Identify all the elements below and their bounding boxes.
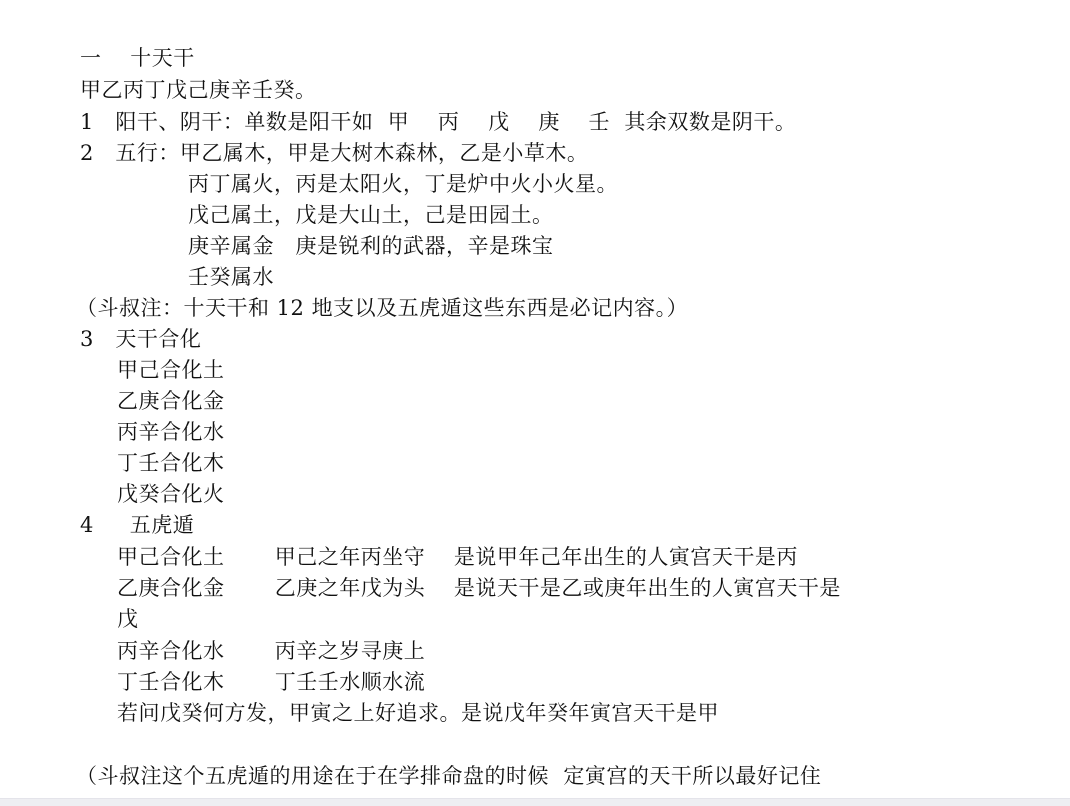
note-memorize: （斗叔注：十天干和 12 地支以及五虎遁这些东西是必记内容。） <box>76 294 688 322</box>
combination-jia-ji: 甲己合化土 <box>117 356 225 384</box>
combination-wu-gui: 戊癸合化火 <box>117 480 225 508</box>
combination-bing-xin: 丙辛合化水 <box>117 418 225 446</box>
combination-ding-ren: 丁壬合化木 <box>117 449 225 477</box>
document-page: 一 十天干 甲乙丙丁戊己庚辛壬癸。 1 阳干、阴干：单数是阳干如 甲 丙 戊 庚… <box>0 0 1070 798</box>
five-tigers-yi-geng-cont: 戊 <box>117 605 139 633</box>
five-tigers-yi-geng: 乙庚合化金 乙庚之年戊为头 是说天干是乙或庚年出生的人寅宫天干是 <box>117 574 841 602</box>
element-water: 壬癸属水 <box>188 263 274 291</box>
section-heading-ten-stems: 一 十天干 <box>80 44 195 72</box>
combination-yi-geng: 乙庚合化金 <box>117 387 225 415</box>
element-metal: 庚辛属金 庚是锐利的武器，辛是珠宝 <box>188 232 554 260</box>
stems-list: 甲乙丙丁戊己庚辛壬癸。 <box>80 76 317 104</box>
five-tigers-jia-ji: 甲己合化土 甲己之年丙坐守 是说甲年己年出生的人寅宫天干是丙 <box>117 543 798 571</box>
item-4-five-tigers: 4 五虎遁 <box>80 511 194 539</box>
item-3-stem-combinations: 3 天干合化 <box>80 325 201 353</box>
element-fire: 丙丁属火，丙是太阳火，丁是炉中火小火星。 <box>188 170 618 198</box>
item-1-yin-yang: 1 阳干、阴干：单数是阳干如 甲 丙 戊 庚 壬 其余双数是阴干。 <box>80 108 796 136</box>
five-tigers-wu-gui: 若问戊癸何方发，甲寅之上好追求。是说戊年癸年寅宫天干是甲 <box>117 699 719 727</box>
five-tigers-bing-xin: 丙辛合化水 丙辛之岁寻庚上 <box>117 637 425 665</box>
window-bottom-edge <box>0 798 1070 806</box>
element-earth: 戊己属土，戊是大山土，己是田园土。 <box>188 201 554 229</box>
item-2-five-elements: 2 五行：甲乙属木，甲是大树木森林，乙是小草木。 <box>80 139 588 167</box>
five-tigers-ding-ren: 丁壬合化木 丁壬壬水顺水流 <box>117 668 425 696</box>
note-five-tigers-usage: （斗叔注这个五虎遁的用途在于在学排命盘的时候 定寅宫的天干所以最好记住 <box>76 762 821 790</box>
